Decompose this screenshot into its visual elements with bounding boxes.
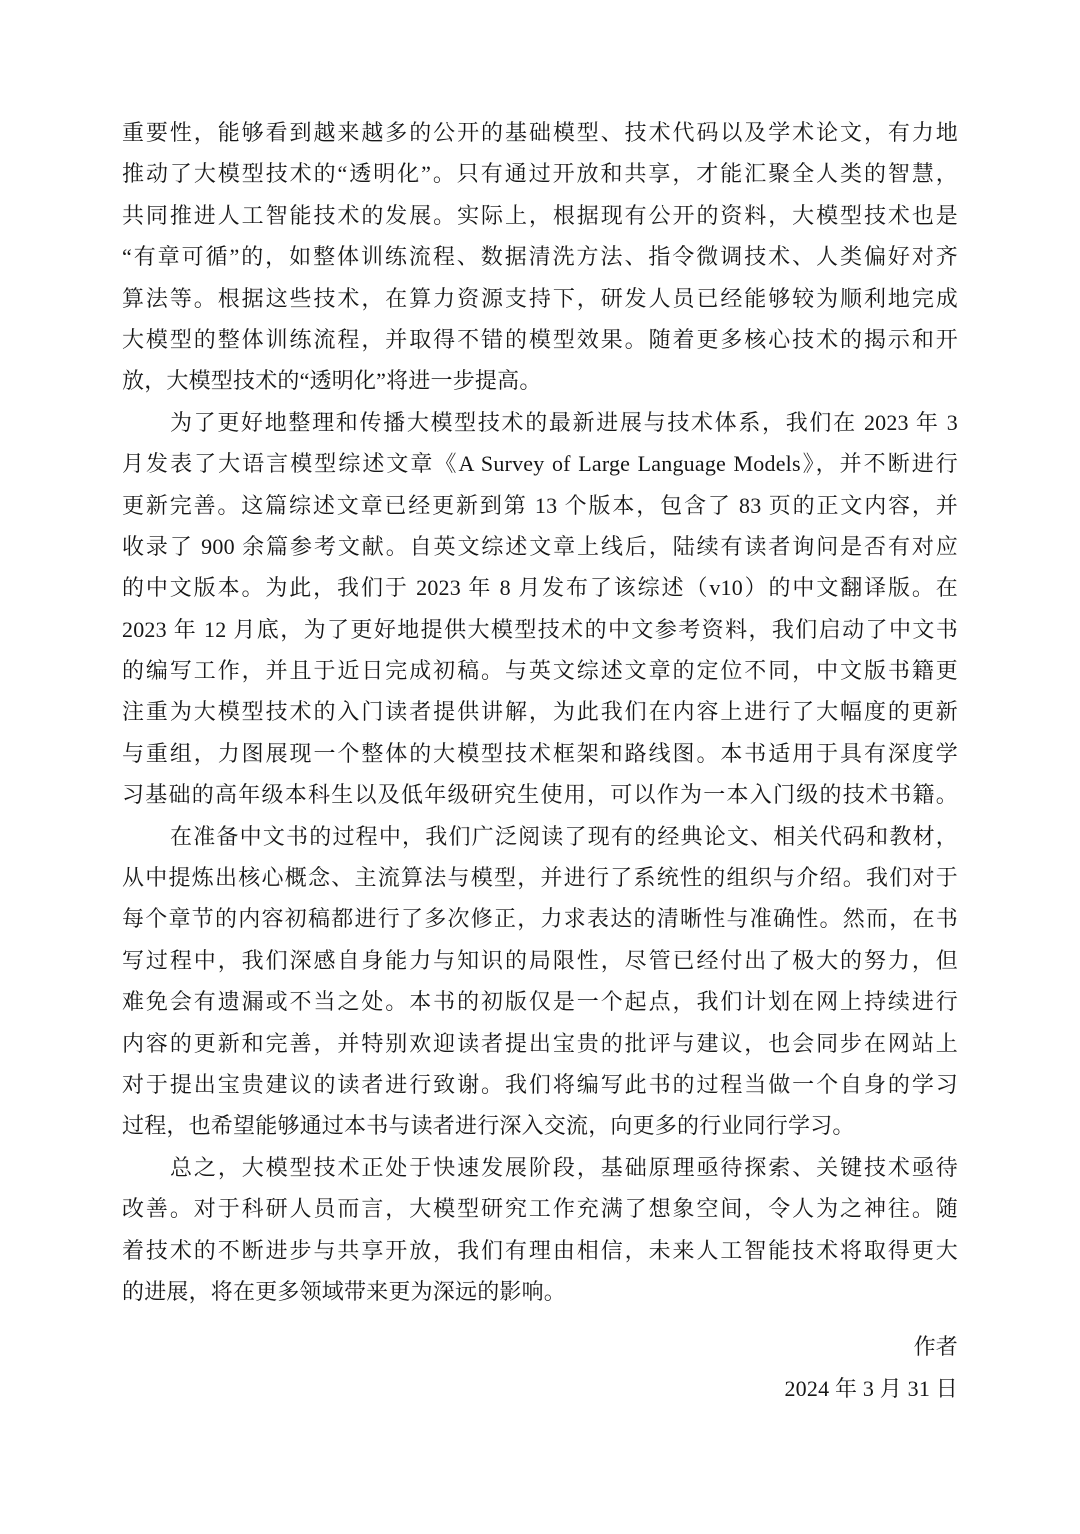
text-line: 算法等。根据这些技术，在算力资源支持下，研发人员已经能够较为顺利地完成: [122, 278, 958, 319]
signature-block: 作者 2024 年 3 月 31 日: [122, 1326, 958, 1409]
text-line: 过程，也希望能够通过本书与读者进行深入交流，向更多的行业同行学习。: [122, 1105, 958, 1146]
paragraph-1: 重要性，能够看到越来越多的公开的基础模型、技术代码以及学术论文，有力地 推动了大…: [122, 112, 958, 402]
text-line: 从中提炼出核心概念、主流算法与模型，并进行了系统性的组织与介绍。我们对于: [122, 857, 958, 898]
text-line: 对于提出宝贵建议的读者进行致谢。我们将编写此书的过程当做一个自身的学习: [122, 1064, 958, 1105]
text-line: 改善。对于科研人员而言，大模型研究工作充满了想象空间，令人为之神往。随: [122, 1188, 958, 1229]
text-line: 的中文版本。为此，我们于 2023 年 8 月发布了该综述（v10）的中文翻译版…: [122, 567, 958, 608]
text-line: 为了更好地整理和传播大模型技术的最新进展与技术体系，我们在 2023 年 3: [122, 402, 958, 443]
text-line: 共同推进人工智能技术的发展。实际上，根据现有公开的资料，大模型技术也是: [122, 195, 958, 236]
text-line: “有章可循”的，如整体训练流程、数据清洗方法、指令微调技术、人类偏好对齐: [122, 236, 958, 277]
text-line: 总之，大模型技术正处于快速发展阶段，基础原理亟待探索、关键技术亟待: [122, 1147, 958, 1188]
signature-date: 2024 年 3 月 31 日: [122, 1368, 958, 1409]
text-line: 习基础的高年级本科生以及低年级研究生使用，可以作为一本入门级的技术书籍。: [122, 774, 958, 815]
paragraph-4: 总之，大模型技术正处于快速发展阶段，基础原理亟待探索、关键技术亟待 改善。对于科…: [122, 1147, 958, 1313]
preface-page: 重要性，能够看到越来越多的公开的基础模型、技术代码以及学术论文，有力地 推动了大…: [0, 0, 1080, 1534]
text-line: 重要性，能够看到越来越多的公开的基础模型、技术代码以及学术论文，有力地: [122, 112, 958, 153]
text-line: 难免会有遗漏或不当之处。本书的初版仅是一个起点，我们计划在网上持续进行: [122, 981, 958, 1022]
text-line: 推动了大模型技术的“透明化”。只有通过开放和共享，才能汇聚全人类的智慧，: [122, 153, 958, 194]
preface-text-block: 重要性，能够看到越来越多的公开的基础模型、技术代码以及学术论文，有力地 推动了大…: [122, 112, 958, 1409]
text-line: 的进展，将在更多领域带来更为深远的影响。: [122, 1271, 958, 1312]
text-line: 大模型的整体训练流程，并取得不错的模型效果。随着更多核心技术的揭示和开: [122, 319, 958, 360]
paragraph-3: 在准备中文书的过程中，我们广泛阅读了现有的经典论文、相关代码和教材， 从中提炼出…: [122, 816, 958, 1147]
text-line: 更新完善。这篇综述文章已经更新到第 13 个版本，包含了 83 页的正文内容，并: [122, 485, 958, 526]
text-line: 月发表了大语言模型综述文章《A Survey of Large Language…: [122, 443, 958, 484]
text-line: 每个章节的内容初稿都进行了多次修正，力求表达的清晰性与准确性。然而，在书: [122, 898, 958, 939]
paragraph-2: 为了更好地整理和传播大模型技术的最新进展与技术体系，我们在 2023 年 3 月…: [122, 402, 958, 816]
text-line: 2023 年 12 月底，为了更好地提供大模型技术的中文参考资料，我们启动了中文…: [122, 609, 958, 650]
text-line: 与重组，力图展现一个整体的大模型技术框架和路线图。本书适用于具有深度学: [122, 733, 958, 774]
text-line: 着技术的不断进步与共享开放，我们有理由相信，未来人工智能技术将取得更大: [122, 1230, 958, 1271]
text-line: 放，大模型技术的“透明化”将进一步提高。: [122, 360, 958, 401]
signature-author: 作者: [122, 1326, 958, 1367]
text-line: 在准备中文书的过程中，我们广泛阅读了现有的经典论文、相关代码和教材，: [122, 816, 958, 857]
text-line: 内容的更新和完善，并特别欢迎读者提出宝贵的批评与建议，也会同步在网站上: [122, 1023, 958, 1064]
text-line: 收录了 900 余篇参考文献。自英文综述文章上线后，陆续有读者询问是否有对应: [122, 526, 958, 567]
text-line: 写过程中，我们深感自身能力与知识的局限性，尽管已经付出了极大的努力，但: [122, 940, 958, 981]
text-line: 注重为大模型技术的入门读者提供讲解，为此我们在内容上进行了大幅度的更新: [122, 691, 958, 732]
text-line: 的编写工作，并且于近日完成初稿。与英文综述文章的定位不同，中文版书籍更: [122, 650, 958, 691]
